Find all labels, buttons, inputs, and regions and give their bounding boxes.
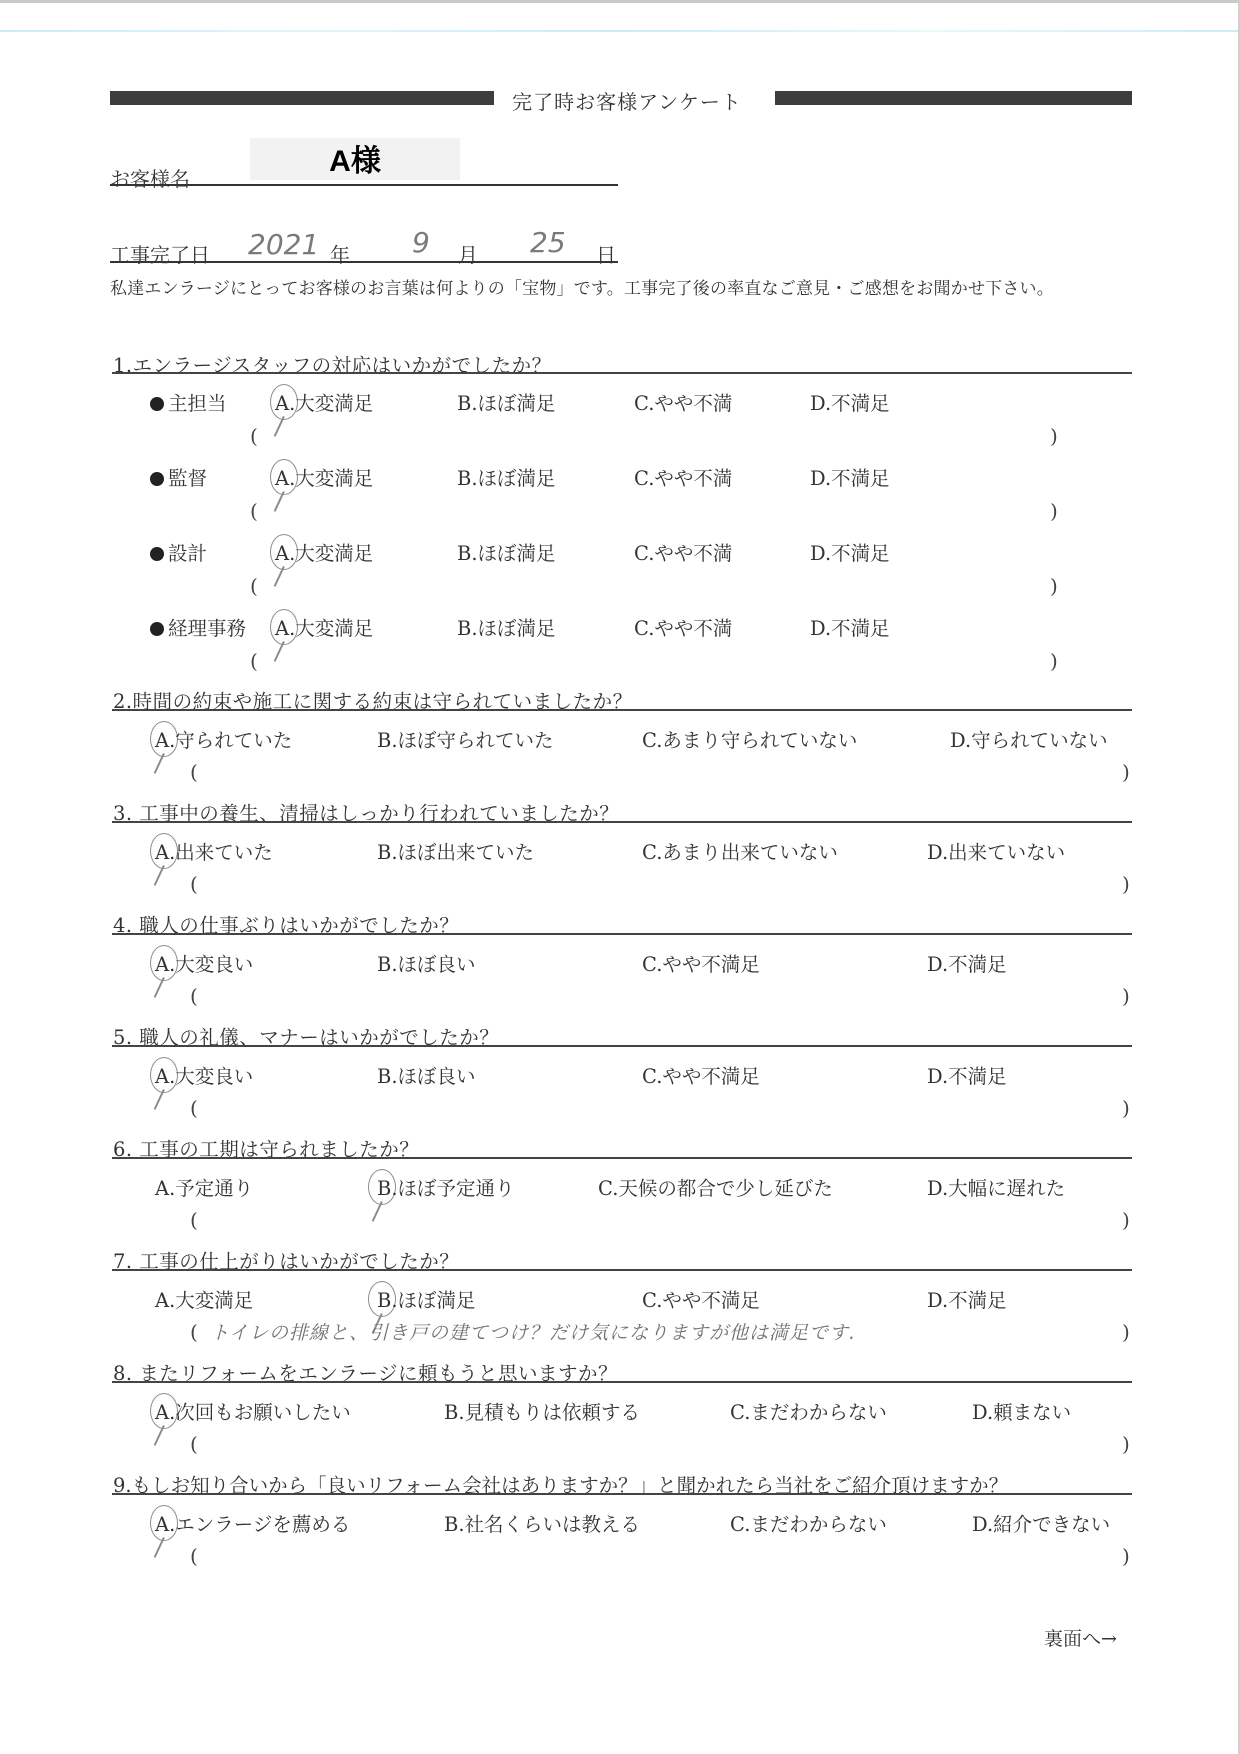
question-6-underline — [112, 1157, 1132, 1159]
q8-option-c[interactable]: C.まだわからない — [730, 1397, 887, 1425]
q1-design-comment-open: ( — [250, 574, 258, 598]
q2-option-d[interactable]: D.守られていない — [950, 725, 1108, 753]
bullet-icon — [150, 547, 164, 561]
q1-design-option-d[interactable]: D.不満足 — [810, 538, 890, 566]
q9-option-a[interactable]: A.エンラージを薦める — [155, 1509, 350, 1537]
q3-option-d[interactable]: D.出来ていない — [927, 837, 1065, 865]
subitem-label: 設計 — [168, 542, 207, 565]
question-4-underline — [112, 933, 1132, 935]
q1-main-comment-close: ) — [1050, 424, 1058, 448]
scan-artifact-line — [0, 30, 1240, 32]
q5-option-a[interactable]: A.大変良い — [155, 1061, 253, 1089]
question-3-underline — [112, 821, 1132, 823]
q1-main-comment-open: ( — [250, 424, 258, 448]
q2-comment-close: ) — [1122, 760, 1130, 784]
customer-name-label: お客様名 — [110, 163, 190, 192]
q1-supervisor-option-c[interactable]: C.やや不満 — [634, 463, 732, 491]
bullet-icon — [150, 472, 164, 486]
q6-option-a[interactable]: A.予定通り — [155, 1173, 253, 1201]
q5-comment-open: ( — [190, 1096, 198, 1120]
q1-main-option-a[interactable]: A.大変満足 — [275, 388, 373, 416]
q2-comment-open: ( — [190, 760, 198, 784]
question-8-underline — [112, 1381, 1132, 1383]
question-9-underline — [112, 1493, 1132, 1495]
q5-option-c[interactable]: C.やや不満足 — [642, 1061, 760, 1089]
q3-comment-close: ) — [1122, 872, 1130, 896]
q1-supervisor-option-d[interactable]: D.不満足 — [810, 463, 890, 491]
date-day-value: 25 — [530, 226, 566, 259]
q2-option-a[interactable]: A.守られていた — [155, 725, 292, 753]
q4-option-b[interactable]: B.ほぼ良い — [377, 949, 476, 977]
q4-option-a[interactable]: A.大変良い — [155, 949, 253, 977]
q5-option-d[interactable]: D.不満足 — [927, 1061, 1007, 1089]
header-bar-left — [110, 91, 494, 105]
q7-comment-close: ) — [1122, 1320, 1130, 1344]
date-day-label: 日 — [596, 239, 616, 268]
header-bar-right — [775, 91, 1132, 105]
question-5-underline — [112, 1045, 1132, 1047]
q9-comment-close: ) — [1122, 1544, 1130, 1568]
q6-option-d[interactable]: D.大幅に遅れた — [927, 1173, 1065, 1201]
q1-subitem-supervisor: 監督 — [150, 463, 207, 491]
q1-main-option-d[interactable]: D.不満足 — [810, 388, 890, 416]
q7-option-c[interactable]: C.やや不満足 — [642, 1285, 760, 1313]
page-title: 完了時お客様アンケート — [494, 86, 760, 115]
q1-subitem-design: 設計 — [150, 538, 207, 566]
q1-supervisor-comment-open: ( — [250, 499, 258, 523]
q8-comment-open: ( — [190, 1432, 198, 1456]
q7-comment-open: ( — [190, 1320, 198, 1344]
q7-handwritten-comment[interactable]: トイレの排線と、引き戸の建てつけ？だけ気になりますが他は満足です. — [210, 1318, 856, 1345]
q2-option-c[interactable]: C.あまり守られていない — [642, 725, 857, 753]
q5-comment-close: ) — [1122, 1096, 1130, 1120]
subitem-label: 経理事務 — [168, 617, 246, 640]
date-month-value: 9 — [412, 226, 430, 259]
q9-option-b[interactable]: B.社名くらいは教える — [444, 1509, 640, 1537]
question-2-underline — [112, 709, 1132, 711]
q4-comment-close: ) — [1122, 984, 1130, 1008]
q1-accounting-option-a[interactable]: A.大変満足 — [275, 613, 373, 641]
q1-design-comment-close: ) — [1050, 574, 1058, 598]
q3-option-a[interactable]: A.出来ていた — [155, 837, 273, 865]
completion-date-underline — [110, 261, 618, 263]
date-year-label: 年 — [330, 239, 350, 268]
q1-subitem-main: 主担当 — [150, 388, 227, 416]
q1-supervisor-option-a[interactable]: A.大変満足 — [275, 463, 373, 491]
q1-accounting-comment-close: ) — [1050, 649, 1058, 673]
bullet-icon — [150, 397, 164, 411]
q4-option-c[interactable]: C.やや不満足 — [642, 949, 760, 977]
q1-design-option-a[interactable]: A.大変満足 — [275, 538, 373, 566]
q1-subitem-accounting: 経理事務 — [150, 613, 246, 641]
completion-date-label: 工事完了日 — [110, 239, 210, 268]
q3-comment-open: ( — [190, 872, 198, 896]
q6-comment-open: ( — [190, 1208, 198, 1232]
q1-supervisor-option-b[interactable]: B.ほぼ満足 — [457, 463, 556, 491]
q1-main-option-c[interactable]: C.やや不満 — [634, 388, 732, 416]
q2-option-b[interactable]: B.ほぼ守られていた — [377, 725, 554, 753]
q4-option-d[interactable]: D.不満足 — [927, 949, 1007, 977]
q8-comment-close: ) — [1122, 1432, 1130, 1456]
subitem-label: 主担当 — [168, 392, 227, 415]
q8-option-d[interactable]: D.頼まない — [972, 1397, 1071, 1425]
next-page-indicator: 裏面へ→ — [1044, 1624, 1117, 1651]
customer-name-underline — [110, 184, 618, 186]
bullet-icon — [150, 622, 164, 636]
customer-name-value: A様 — [250, 136, 460, 180]
intro-text: 私達エンラージにとってお客様のお言葉は何よりの「宝物」です。工事完了後の率直なご… — [110, 274, 1054, 299]
date-year-value: 2021 — [248, 228, 319, 261]
q1-main-option-b[interactable]: B.ほぼ満足 — [457, 388, 556, 416]
q1-design-option-b[interactable]: B.ほぼ満足 — [457, 538, 556, 566]
scan-edge-top — [0, 0, 1240, 3]
q7-option-d[interactable]: D.不満足 — [927, 1285, 1007, 1313]
q3-option-c[interactable]: C.あまり出来ていない — [642, 837, 838, 865]
q7-option-b[interactable]: B.ほぼ満足 — [377, 1285, 476, 1313]
q8-option-a[interactable]: A.次回もお願いしたい — [155, 1397, 351, 1425]
question-7-underline — [112, 1269, 1132, 1271]
q4-comment-open: ( — [190, 984, 198, 1008]
question-1-underline — [112, 372, 1132, 374]
q6-option-b[interactable]: B.ほぼ予定通り — [377, 1173, 515, 1201]
q1-accounting-comment-open: ( — [250, 649, 258, 673]
q3-option-b[interactable]: B.ほぼ出来ていた — [377, 837, 534, 865]
date-month-label: 月 — [458, 239, 478, 268]
q6-comment-close: ) — [1122, 1208, 1130, 1232]
q7-option-a[interactable]: A.大変満足 — [155, 1285, 253, 1313]
q1-supervisor-comment-close: ) — [1050, 499, 1058, 523]
q5-option-b[interactable]: B.ほぼ良い — [377, 1061, 476, 1089]
q1-accounting-option-c[interactable]: C.やや不満 — [634, 613, 732, 641]
q9-option-c[interactable]: C.まだわからない — [730, 1509, 887, 1537]
q8-option-b[interactable]: B.見積もりは依頼する — [444, 1397, 640, 1425]
q1-accounting-option-b[interactable]: B.ほぼ満足 — [457, 613, 556, 641]
q9-comment-open: ( — [190, 1544, 198, 1568]
q1-design-option-c[interactable]: C.やや不満 — [634, 538, 732, 566]
q6-option-c[interactable]: C.天候の都合で少し延びた — [598, 1173, 833, 1201]
q1-accounting-option-d[interactable]: D.不満足 — [810, 613, 890, 641]
subitem-label: 監督 — [168, 467, 207, 490]
q9-option-d[interactable]: D.紹介できない — [972, 1509, 1110, 1537]
